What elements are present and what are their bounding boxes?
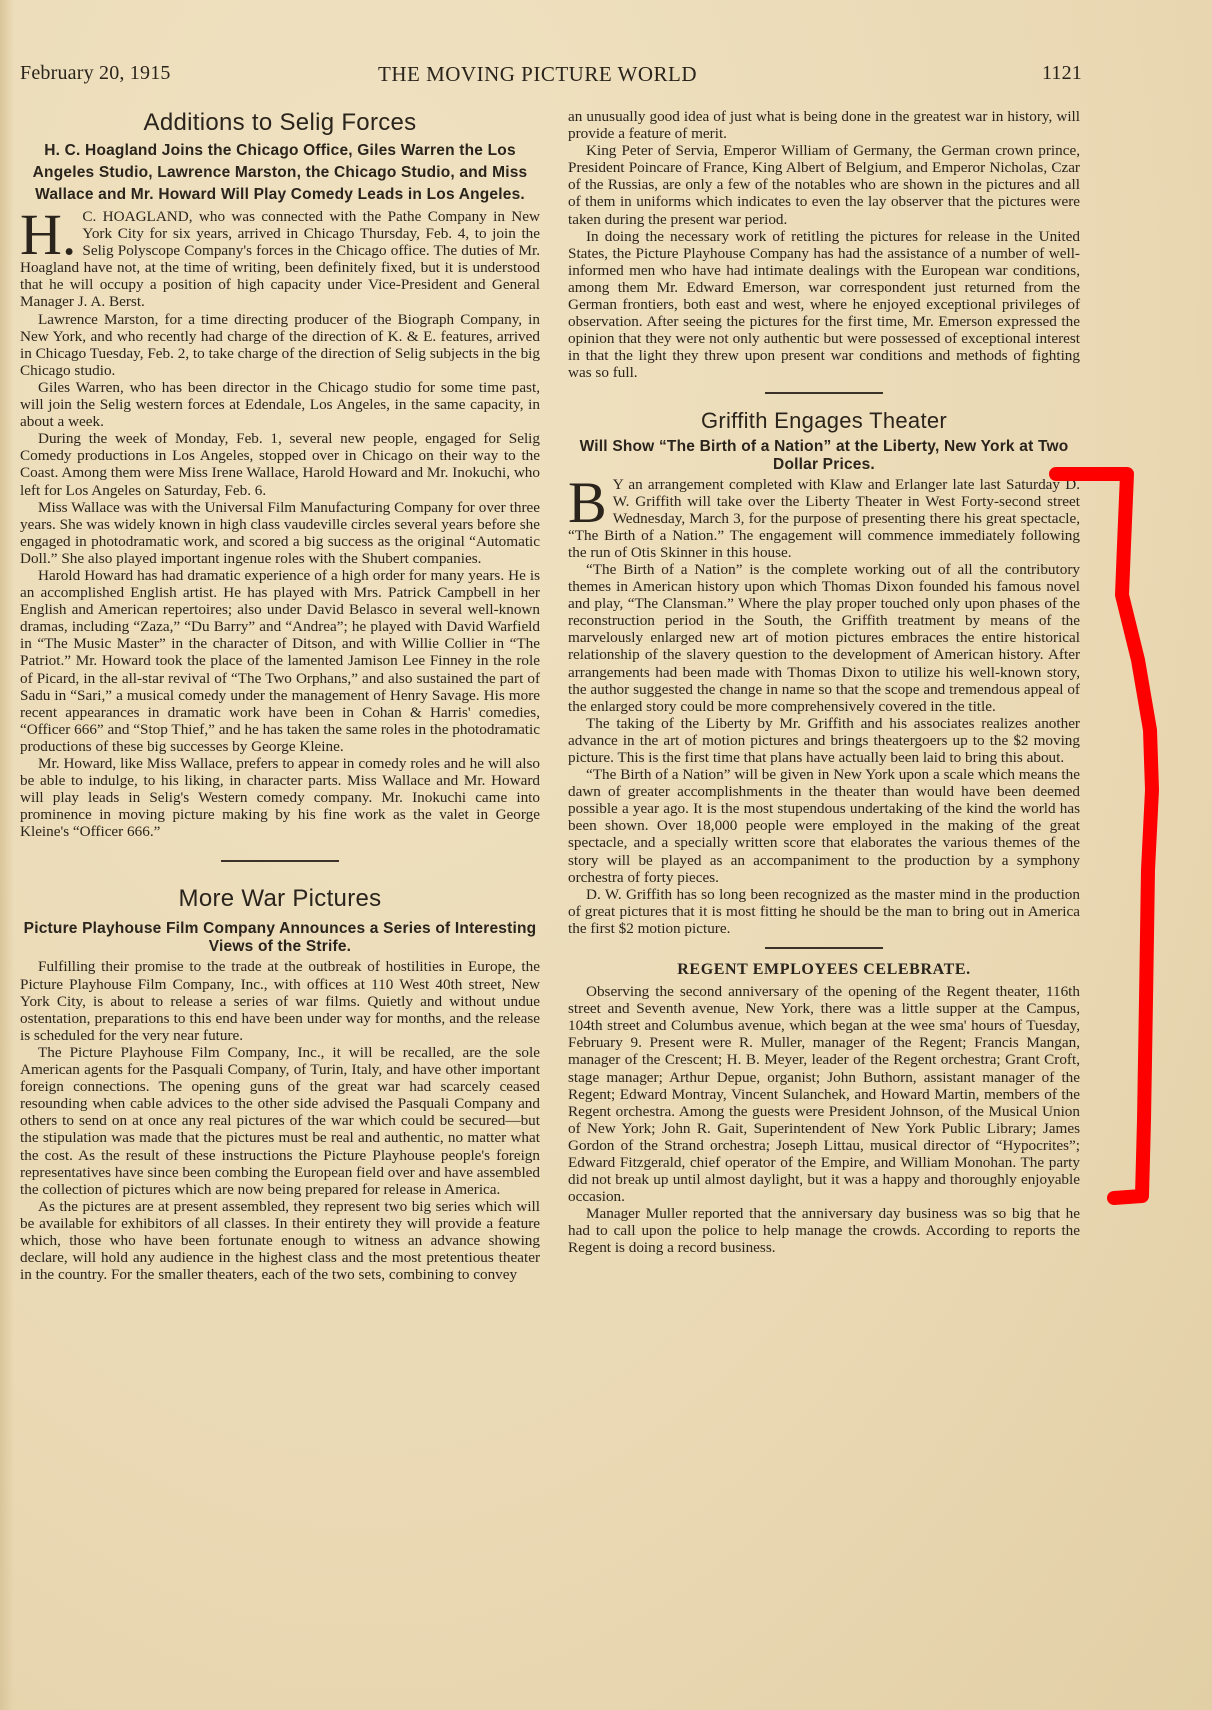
- article-war-pictures-continued: an unusually good idea of just what is b…: [568, 108, 1080, 382]
- article-paragraph: Harold Howard has had dramatic experienc…: [20, 567, 540, 755]
- drop-cap: B: [568, 480, 607, 526]
- publication-title: THE MOVING PICTURE WORLD: [378, 62, 697, 87]
- article-paragraph: In doing the necessary work of retitling…: [568, 228, 1080, 382]
- article-war-pictures: More War Pictures Picture Playhouse Film…: [20, 884, 540, 1283]
- article-subhead: Will Show “The Birth of a Nation” at the…: [568, 438, 1080, 474]
- article-title: Additions to Selig Forces: [20, 108, 540, 138]
- running-head: February 20, 1915 THE MOVING PICTURE WOR…: [20, 62, 1082, 90]
- right-column: an unusually good idea of just what is b…: [568, 108, 1080, 1257]
- section-divider: [765, 392, 883, 394]
- article-subhead: H. C. Hoagland Joins the Chicago Office,…: [20, 140, 540, 206]
- article-paragraph: “The Birth of a Nation” will be given in…: [568, 766, 1080, 886]
- article-paragraph: BY an arrangement completed with Klaw an…: [568, 476, 1080, 561]
- article-paragraph: As the pictures are at present assembled…: [20, 1198, 540, 1283]
- article-paragraph: H.C. HOAGLAND, who was connected with th…: [20, 208, 540, 311]
- article-paragraph: During the week of Monday, Feb. 1, sever…: [20, 430, 540, 498]
- article-paragraph: D. W. Griffith has so long been recogniz…: [568, 886, 1080, 937]
- article-paragraph: King Peter of Servia, Emperor William of…: [568, 142, 1080, 227]
- article-paragraph: Observing the second anniversary of the …: [568, 983, 1080, 1205]
- article-paragraph: Giles Warren, who has been director in t…: [20, 379, 540, 430]
- section-divider: [221, 860, 339, 862]
- article-title: REGENT EMPLOYEES CELEBRATE.: [568, 961, 1080, 979]
- article-title: More War Pictures: [20, 884, 540, 914]
- article-regent: REGENT EMPLOYEES CELEBRATE. Observing th…: [568, 961, 1080, 1257]
- page-edge-shadow: [0, 0, 14, 1710]
- page-number: 1121: [1042, 62, 1082, 85]
- article-paragraph: The taking of the Liberty by Mr. Griffit…: [568, 715, 1080, 766]
- article-paragraph: “The Birth of a Nation” is the complete …: [568, 561, 1080, 715]
- article-paragraph: Lawrence Marston, for a time directing p…: [20, 311, 540, 379]
- issue-date: February 20, 1915: [20, 62, 171, 85]
- article-paragraph: The Picture Playhouse Film Company, Inc.…: [20, 1044, 540, 1198]
- article-paragraph: Mr. Howard, like Miss Wallace, prefers t…: [20, 755, 540, 840]
- article-selig: Additions to Selig Forces H. C. Hoagland…: [20, 108, 540, 840]
- article-paragraph: an unusually good idea of just what is b…: [568, 108, 1080, 142]
- article-title: Griffith Engages Theater: [568, 406, 1080, 436]
- article-paragraph: Miss Wallace was with the Universal Film…: [20, 499, 540, 567]
- drop-cap: H.: [20, 212, 76, 258]
- article-subhead: Picture Playhouse Film Company Announces…: [20, 920, 540, 956]
- article-griffith: Griffith Engages Theater Will Show “The …: [568, 406, 1080, 938]
- article-paragraph: Fulfilling their promise to the trade at…: [20, 958, 540, 1043]
- section-divider: [765, 947, 883, 949]
- left-column: Additions to Selig Forces H. C. Hoagland…: [20, 108, 540, 1283]
- article-paragraph: Manager Muller reported that the anniver…: [568, 1205, 1080, 1256]
